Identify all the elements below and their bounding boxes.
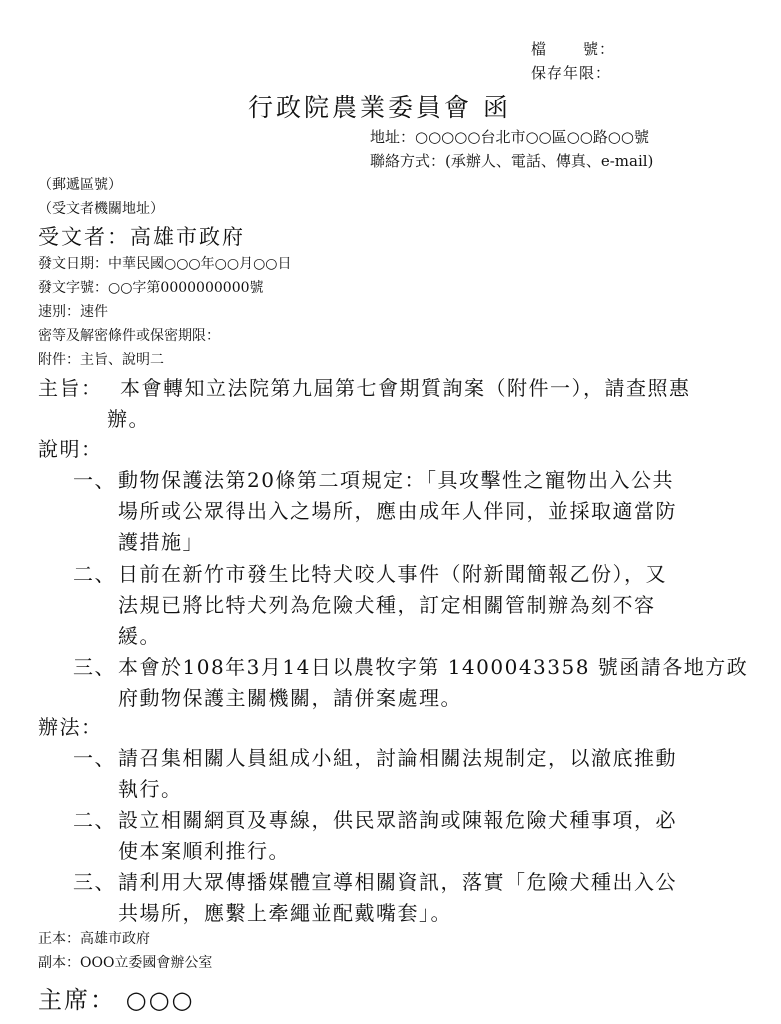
explanation-item-line: 府動物保護主關機關，請併案處理。 — [118, 682, 462, 711]
explanation-label: 說明： — [38, 433, 103, 462]
delivery-speed: 速別：速件 — [38, 301, 108, 321]
method-item-line: 使本案順利推行。 — [118, 835, 290, 864]
method-item-line: 設立相關網頁及專線，供民眾諮詢或陳報危險犬種事項，必 — [118, 804, 677, 833]
file-number-label-part: 號： — [583, 40, 615, 58]
explanation-item-line: 法規已將比特犬列為危險犬種，訂定相關管制辦為刻不容 — [118, 589, 656, 618]
file-number-label: 檔號： — [531, 38, 615, 59]
explanation-item-line: 緩。 — [118, 620, 161, 649]
explanation-item-line: 場所或公眾得出入之場所，應由成年人伴同，並採取適當防 — [118, 495, 677, 524]
secrecy-level: 密等及解密條件或保密期限： — [38, 325, 220, 345]
method-item-number: 二、 — [73, 804, 116, 833]
explanation-item-number: 一、 — [73, 464, 116, 493]
recipient: 受文者：高雄市政府 — [38, 221, 245, 251]
explanation-item-line: 本會於108年3月14日以農牧字第 1400043358 號函請各地方政 — [118, 651, 748, 680]
document-number: 發文字號：○○字第0000000000號 — [38, 277, 264, 297]
chairperson-signature: 主席： ○○○ — [38, 980, 194, 1015]
copy-recipient: 副本：OOO立委國會辦公室 — [38, 952, 212, 972]
method-item-line: 請利用大眾傳播媒體宣導相關資訊，落實「危險犬種出入公 — [118, 866, 677, 895]
method-item-number: 一、 — [73, 742, 116, 771]
explanation-item-line: 護措施」 — [118, 526, 204, 555]
method-item-number: 三、 — [73, 866, 116, 895]
explanation-item-number: 三、 — [73, 651, 116, 680]
subject-label: 主旨： — [38, 372, 103, 401]
explanation-item-line: 動物保護法第20條第二項規定：「具攻擊性之寵物出入公共 — [118, 464, 674, 493]
method-label: 辦法： — [38, 711, 103, 740]
file-number-label-part: 檔 — [531, 40, 547, 58]
method-item-line: 共場所，應繫上牽繩並配戴嘴套」。 — [118, 897, 452, 926]
explanation-item-number: 二、 — [73, 558, 116, 587]
attachments: 附件：主旨、說明二 — [38, 349, 164, 369]
recipient-address: （受文者機關地址） — [38, 198, 164, 218]
postal-code: （郵遞區號） — [38, 174, 122, 194]
explanation-item-line: 日前在新竹市發生比特犬咬人事件（附新聞簡報乙份），又 — [118, 558, 667, 587]
subject-line: 本會轉知立法院第九屆第七會期質詢案（附件一），請查照惠 — [120, 372, 691, 401]
sender-address: 地址：○○○○○台北市○○區○○路○○號 — [370, 126, 649, 147]
method-item-line: 請召集相關人員組成小組，討論相關法規制定，以澈底推動 — [118, 742, 677, 771]
method-item-line: 執行。 — [118, 773, 183, 802]
original-recipient: 正本：高雄市政府 — [38, 928, 150, 948]
sender-contact: 聯絡方式：(承辦人、電話、傳真、e-mail) — [370, 150, 653, 171]
document-title: 行政院農業委員會 函 — [248, 88, 511, 124]
retention-period-label: 保存年限： — [531, 62, 611, 83]
subject-line: 辦。 — [107, 403, 150, 432]
issue-date: 發文日期：中華民國○○○年○○月○○日 — [38, 253, 292, 273]
